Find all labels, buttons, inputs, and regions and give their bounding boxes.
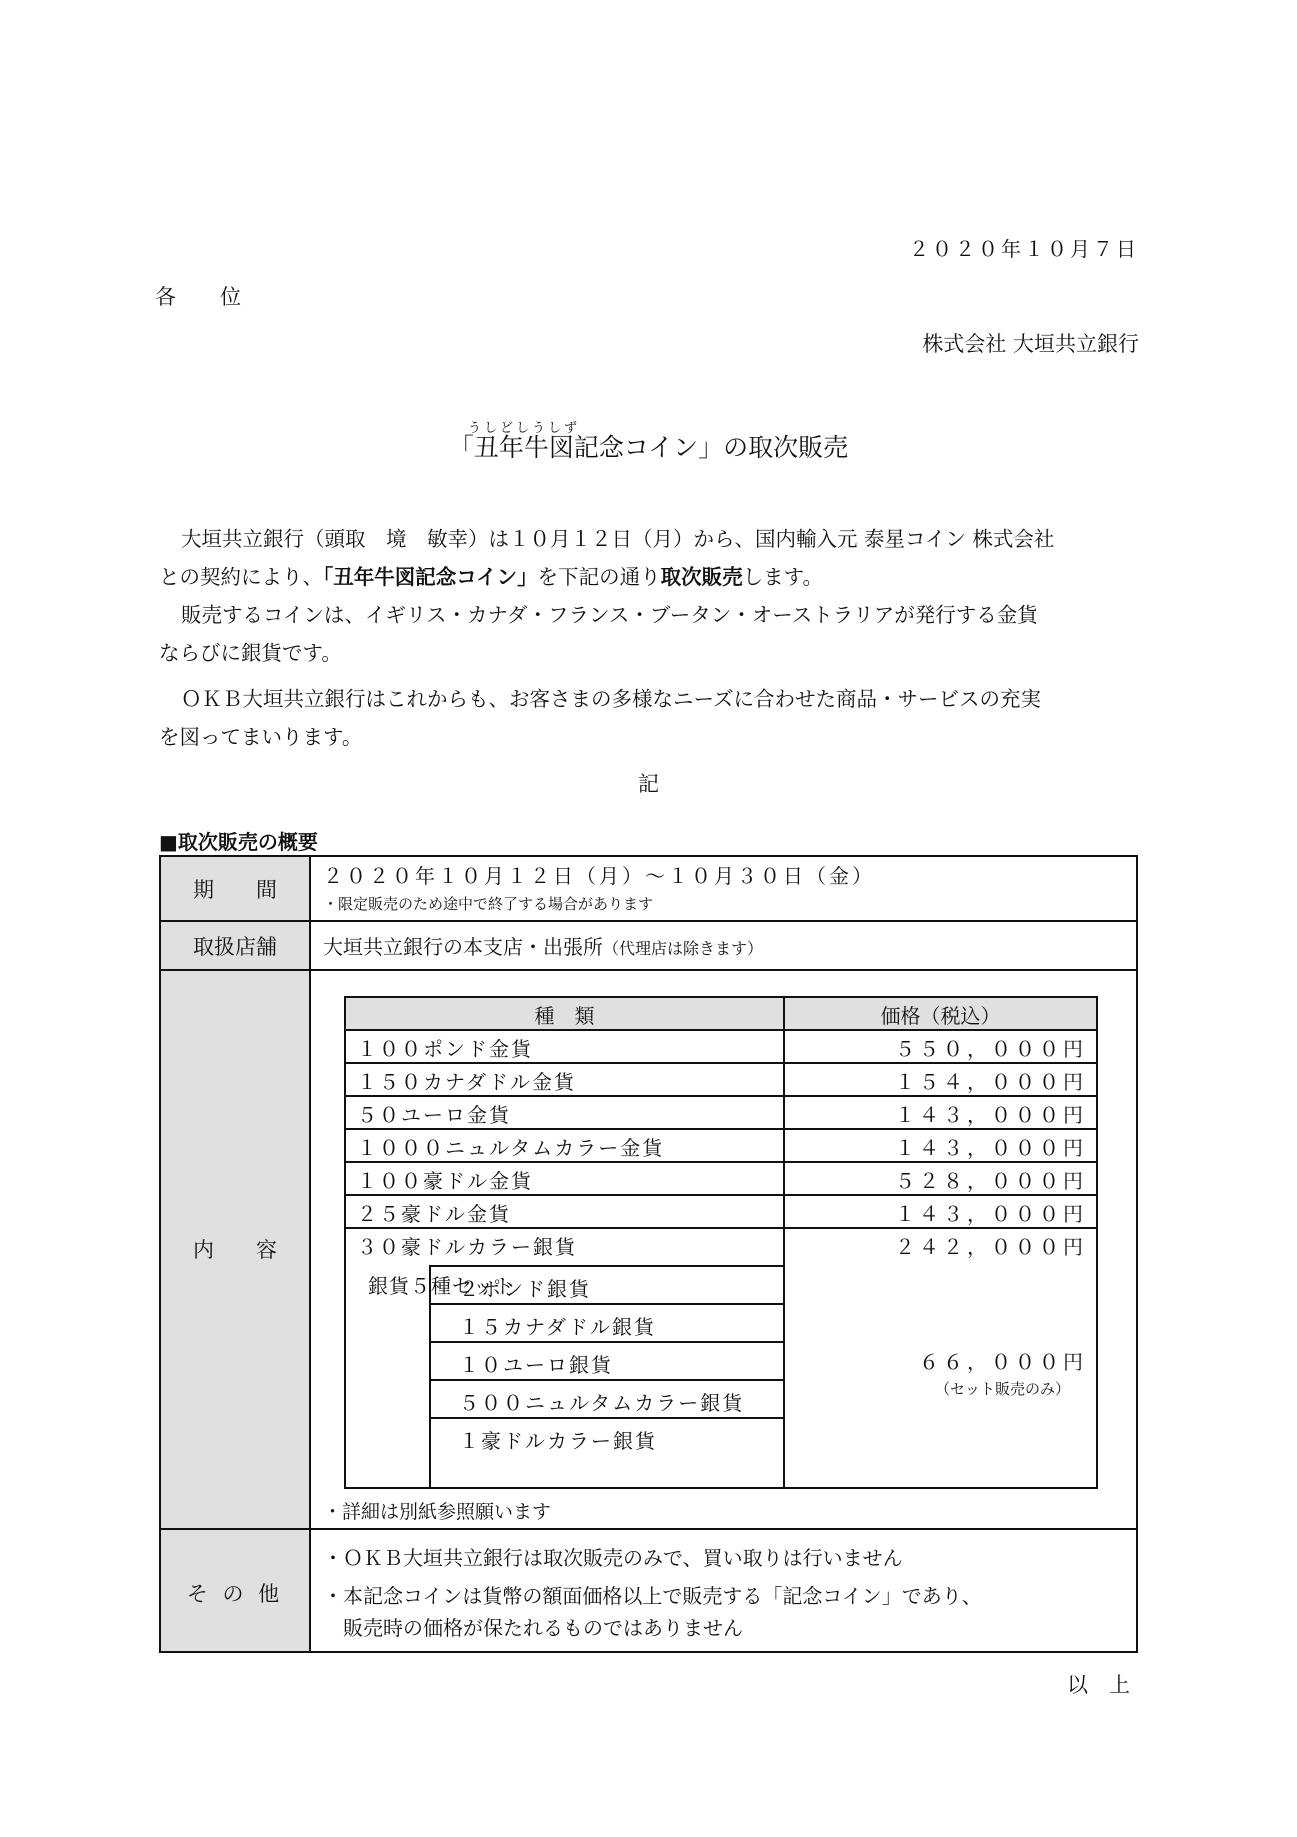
coin-price: １４３，０００円	[895, 1099, 1087, 1128]
coin-table-border	[429, 1265, 784, 1267]
silver-set-item: １５カナダドル銀貨	[459, 1311, 656, 1340]
other-item: ・本記念コインは貨幣の額面価格以上で販売する「記念コイン」であり、	[323, 1580, 982, 1609]
coin-table-border	[344, 1128, 1098, 1130]
section-heading: ■取次販売の概要	[159, 826, 318, 855]
coin-table-header-price: 価格（税込）	[785, 1000, 1096, 1029]
paragraph-1-line-1: 大垣共立銀行（頭取 境 敏幸）は１０月１２日（月）から、国内輸入元 泰星コイン …	[181, 527, 1054, 551]
coin-name: ３０豪ドルカラー銀貨	[357, 1231, 577, 1260]
coin-name: １００ポンド金貨	[357, 1033, 533, 1062]
coin-table-border	[344, 996, 346, 1489]
silver-set-item: １０ユーロ銀貨	[459, 1349, 613, 1378]
branches-note: （代理店は除きます）	[603, 939, 763, 958]
other-label: そ の 他	[160, 1578, 310, 1608]
period-value: ２０２０年１０月１２日（月）～１０月３０日（金）	[323, 860, 875, 889]
addressee-char-1: 各	[155, 285, 176, 309]
coin-name: １００豪ドル金貨	[357, 1165, 533, 1194]
table-border	[159, 969, 1137, 971]
coin-table-border	[429, 1303, 784, 1305]
paragraph-3: ＯＫＢ大垣共立銀行はこれからも、お客さまの多様なニーズに合わせた商品・サービスの…	[159, 680, 1149, 756]
addressee-char-2: 位	[220, 285, 241, 309]
contents-label: 内 容	[160, 1234, 310, 1264]
paragraph-1-text: との契約により、	[159, 565, 323, 589]
silver-set-item: １豪ドルカラー銀貨	[459, 1425, 657, 1454]
coin-table-border	[344, 1161, 1098, 1163]
coin-table-border	[344, 1227, 1098, 1229]
page-title: 「丑年牛図記念コイン」の取次販売	[449, 433, 848, 462]
branches-label: 取扱店舗	[160, 931, 310, 961]
coin-name: ２５豪ドル金貨	[357, 1198, 511, 1227]
paragraph-2-line-2: ならびに銀貨です。	[159, 641, 342, 665]
silver-set-price: ６６，０００円	[919, 1346, 1087, 1375]
other-item: 販売時の価格が保たれるものではありません	[323, 1612, 743, 1641]
issuer-name: 株式会社 大垣共立銀行	[922, 328, 1139, 358]
silver-set-item: ２ポンド銀貨	[459, 1273, 591, 1302]
other-item: ・ＯＫＢ大垣共立銀行は取次販売のみで、買い取りは行いません	[323, 1542, 903, 1571]
document-date: ２０２０年１０月７日	[909, 233, 1139, 262]
coin-price: １５４，０００円	[895, 1066, 1087, 1095]
paragraph-1-text: を下記の通り	[538, 565, 661, 589]
coin-name: １０００ニュルタムカラー金貨	[357, 1132, 664, 1161]
coin-table-header-type: 種 類	[346, 1000, 783, 1029]
coin-price: ５２８，０００円	[895, 1165, 1087, 1194]
table-border	[159, 920, 1137, 922]
table-border	[159, 855, 1137, 857]
table-border	[159, 1528, 1137, 1530]
ki-marker: 記	[0, 768, 1297, 798]
coin-table-border	[429, 1417, 784, 1419]
coin-table-border	[429, 1341, 784, 1343]
coin-table-border	[344, 1062, 1098, 1064]
coin-price: ５５０，０００円	[895, 1033, 1087, 1062]
branches-value-wrap: 大垣共立銀行の本支店・出張所（代理店は除きます）	[323, 931, 763, 960]
paragraph-1-text: します。	[743, 565, 823, 589]
paragraph-1: 大垣共立銀行（頭取 境 敏幸）は１０月１２日（月）から、国内輸入元 泰星コイン …	[159, 520, 1149, 596]
period-label: 期 間	[160, 874, 310, 904]
coin-price: １４３，０００円	[895, 1198, 1087, 1227]
paragraph-3-line-2: を図ってまいります。	[159, 725, 362, 749]
coin-table-border	[344, 1029, 1098, 1031]
coin-table-border	[344, 1095, 1098, 1097]
silver-set-price-note: （セット販売のみ）	[935, 1378, 1070, 1399]
coin-price: ２４２，０００円	[895, 1231, 1087, 1260]
period-note: ・限定販売のため途中で終了する場合があります	[323, 893, 653, 914]
paragraph-2: 販売するコインは、イギリス・カナダ・フランス・ブータン・オーストラリアが発行する…	[159, 596, 1149, 672]
silver-set-item: ５００ニュルタムカラー銀貨	[459, 1387, 744, 1416]
coin-table-border	[344, 1487, 1098, 1489]
coin-table-border	[1096, 996, 1098, 1489]
table-border	[1136, 855, 1138, 1653]
paragraph-2-line-1: 販売するコインは、イギリス・カナダ・フランス・ブータン・オーストラリアが発行する…	[181, 603, 1038, 627]
branches-value: 大垣共立銀行の本支店・出張所	[323, 935, 603, 959]
paragraph-3-line-1: ＯＫＢ大垣共立銀行はこれからも、お客さまの多様なニーズに合わせた商品・サービスの…	[181, 687, 1041, 711]
coin-name-emphasis: 「丑年牛図記念コイン」	[323, 565, 538, 589]
coin-name: ５０ユーロ金貨	[357, 1099, 511, 1128]
contents-note: ・詳細は別紙参照願います	[323, 1497, 551, 1524]
coin-name: １５０カナダドル金貨	[357, 1066, 576, 1095]
coin-table-border	[783, 996, 785, 1489]
sales-type-emphasis: 取次販売	[661, 565, 743, 589]
closing-mark: 以 上	[1067, 1669, 1130, 1699]
coin-table-border	[344, 1194, 1098, 1196]
addressee: 各位	[155, 281, 241, 311]
table-border	[159, 1651, 1137, 1653]
coin-table-border	[429, 1379, 784, 1381]
coin-table-border	[344, 996, 1098, 998]
coin-price: １４３，０００円	[895, 1132, 1087, 1161]
